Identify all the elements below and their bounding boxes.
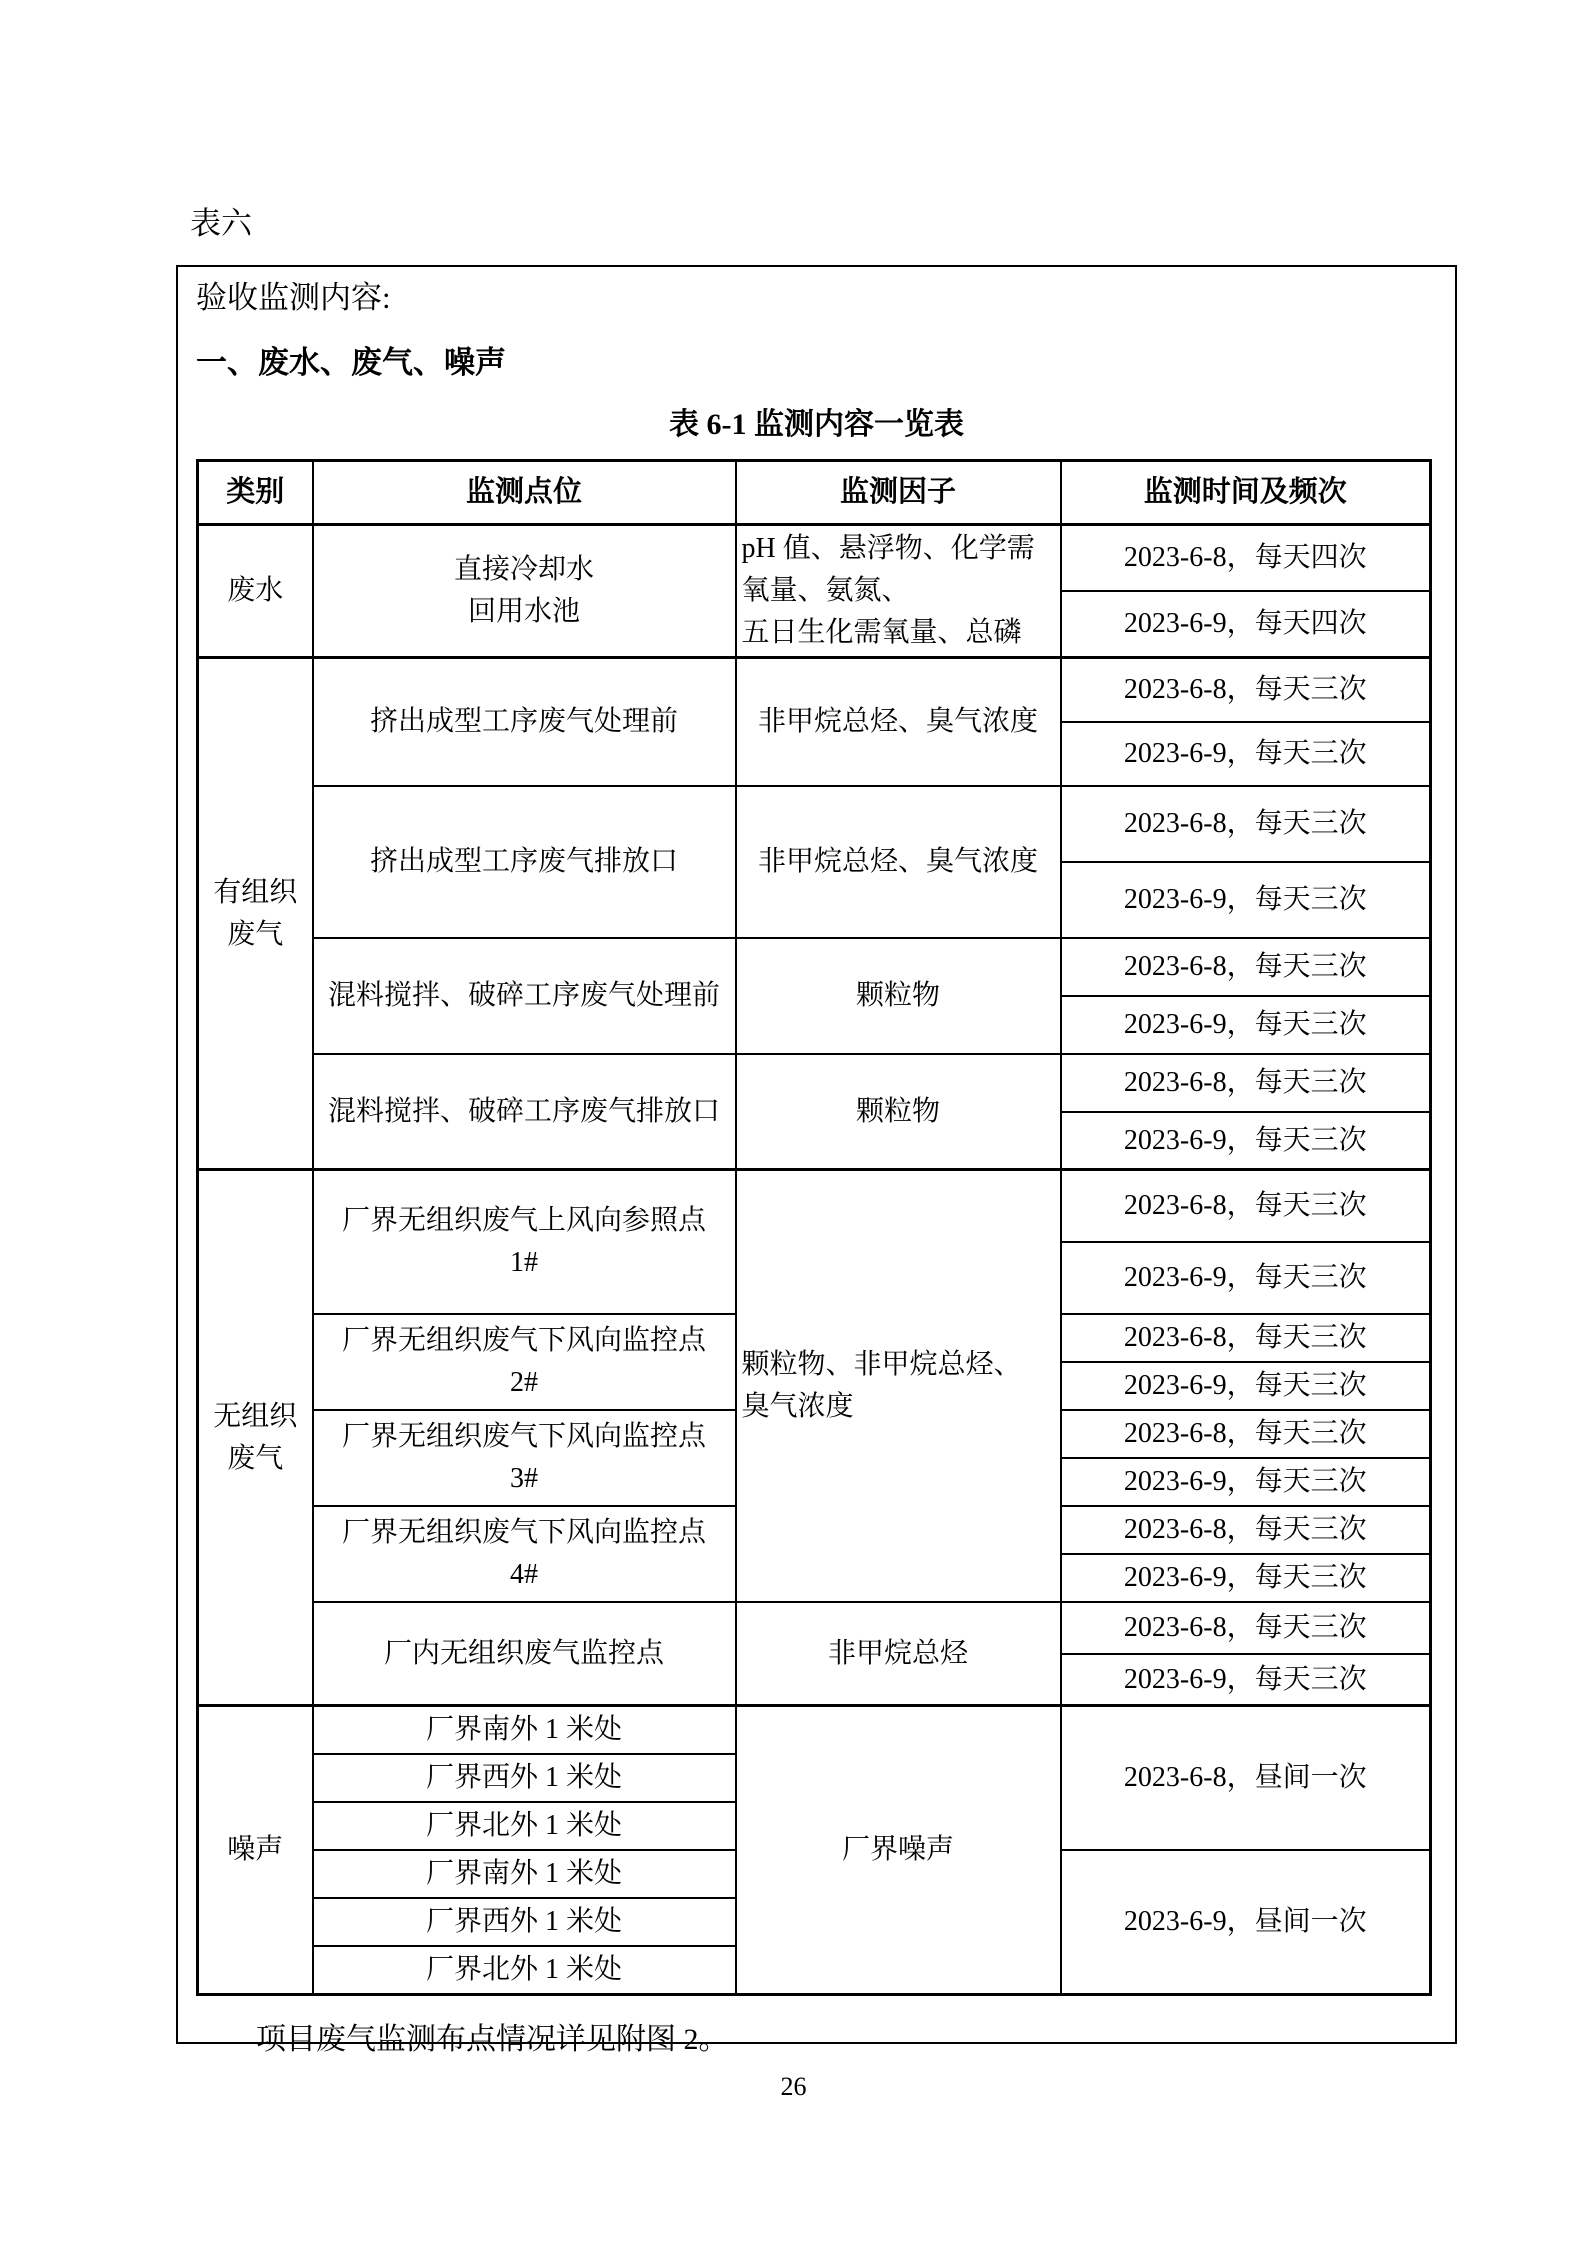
- table-cell: 2023-6-9，昼间一次: [1061, 1850, 1431, 1995]
- table-cell: 2023-6-8，每天三次: [1061, 1170, 1431, 1242]
- table-cell: 直接冷却水 回用水池: [313, 525, 736, 658]
- table-cell: 2023-6-8，每天三次: [1061, 786, 1431, 862]
- table-cell: 颗粒物、非甲烷总烃、 臭气浓度: [736, 1170, 1061, 1602]
- table-cell: 非甲烷总烃、臭气浓度: [736, 658, 1061, 786]
- table-header-cell: 监测点位: [313, 461, 736, 525]
- table-cell: 厂界无组织废气上风向参照点 1#: [313, 1170, 736, 1314]
- box-subheading: 一、废水、废气、噪声: [196, 344, 1455, 381]
- table-cell: 非甲烷总烃: [736, 1602, 1061, 1706]
- table-cell: 2023-6-8，每天三次: [1061, 1602, 1431, 1654]
- table-cell: 2023-6-8，每天三次: [1061, 938, 1431, 996]
- table-cell: 混料搅拌、破碎工序废气排放口: [313, 1054, 736, 1170]
- footnote: 项目废气监测布点情况详见附图 2。: [256, 2020, 1455, 2059]
- table-cell: 2023-6-8，昼间一次: [1061, 1706, 1431, 1851]
- table-cell: 2023-6-8，每天三次: [1061, 1314, 1431, 1362]
- table-row: 废水直接冷却水 回用水池pH 值、悬浮物、化学需 氧量、氨氮、 五日生化需氧量、…: [198, 525, 1431, 592]
- table-header-cell: 监测因子: [736, 461, 1061, 525]
- table-cell: 厂界南外 1 米处: [313, 1850, 736, 1898]
- table-cell: 2023-6-9，每天四次: [1061, 591, 1431, 658]
- table-cell: 噪声: [198, 1706, 313, 1995]
- table-cell: 挤出成型工序废气处理前: [313, 658, 736, 786]
- table-header-row: 类别监测点位监测因子监测时间及频次: [198, 461, 1431, 525]
- table-row: 混料搅拌、破碎工序废气处理前颗粒物2023-6-8，每天三次: [198, 938, 1431, 996]
- table-cell: 混料搅拌、破碎工序废气处理前: [313, 938, 736, 1054]
- table-cell: 厂界无组织废气下风向监控点 3#: [313, 1410, 736, 1506]
- table-row: 厂内无组织废气监控点非甲烷总烃2023-6-8，每天三次: [198, 1602, 1431, 1654]
- page-number: 26: [0, 2072, 1587, 2102]
- table-cell: 有组织 废气: [198, 658, 313, 1170]
- table-title: 表 6-1 监测内容一览表: [178, 407, 1455, 443]
- table-cell: 厂界无组织废气下风向监控点 4#: [313, 1506, 736, 1602]
- table-row: 混料搅拌、破碎工序废气排放口颗粒物2023-6-8，每天三次: [198, 1054, 1431, 1112]
- table-cell: 废水: [198, 525, 313, 658]
- table-cell: 厂界北外 1 米处: [313, 1946, 736, 1995]
- table-cell: 挤出成型工序废气排放口: [313, 786, 736, 938]
- table-cell: 非甲烷总烃、臭气浓度: [736, 786, 1061, 938]
- table-cell: 2023-6-8，每天三次: [1061, 1054, 1431, 1112]
- table-header-cell: 类别: [198, 461, 313, 525]
- table-cell: 2023-6-9，每天三次: [1061, 1458, 1431, 1506]
- table-cell: 2023-6-9，每天三次: [1061, 862, 1431, 938]
- table-cell: 2023-6-9，每天三次: [1061, 996, 1431, 1054]
- table-cell: 厂界南外 1 米处: [313, 1706, 736, 1755]
- table-cell: 2023-6-8，每天三次: [1061, 658, 1431, 722]
- table-cell: 厂内无组织废气监控点: [313, 1602, 736, 1706]
- table-cell: pH 值、悬浮物、化学需 氧量、氨氮、 五日生化需氧量、总磷: [736, 525, 1061, 658]
- table-cell: 厂界北外 1 米处: [313, 1802, 736, 1850]
- document-page: { "page": { "top_label": "表六", "page_num…: [0, 0, 1587, 2245]
- table-cell: 2023-6-8，每天四次: [1061, 525, 1431, 592]
- table-cell: 厂界西外 1 米处: [313, 1898, 736, 1946]
- box-heading: 验收监测内容:: [196, 279, 1455, 316]
- table-row: 有组织 废气挤出成型工序废气处理前非甲烷总烃、臭气浓度2023-6-8，每天三次: [198, 658, 1431, 722]
- table-cell: 厂界西外 1 米处: [313, 1754, 736, 1802]
- table-cell: 2023-6-9，每天三次: [1061, 1362, 1431, 1410]
- table-row: 挤出成型工序废气排放口非甲烷总烃、臭气浓度2023-6-8，每天三次: [198, 786, 1431, 862]
- table-cell: 2023-6-8，每天三次: [1061, 1506, 1431, 1554]
- table-row: 无组织 废气厂界无组织废气上风向参照点 1#颗粒物、非甲烷总烃、 臭气浓度202…: [198, 1170, 1431, 1242]
- table-cell: 2023-6-8，每天三次: [1061, 1410, 1431, 1458]
- monitoring-table: 类别监测点位监测因子监测时间及频次废水直接冷却水 回用水池pH 值、悬浮物、化学…: [196, 459, 1432, 1996]
- table-cell: 2023-6-9，每天三次: [1061, 722, 1431, 786]
- table-cell: 厂界噪声: [736, 1706, 1061, 1995]
- table-cell: 颗粒物: [736, 1054, 1061, 1170]
- table-cell: 2023-6-9，每天三次: [1061, 1242, 1431, 1314]
- content-box: 验收监测内容: 一、废水、废气、噪声 表 6-1 监测内容一览表 类别监测点位监…: [176, 265, 1457, 2044]
- table-cell: 2023-6-9，每天三次: [1061, 1554, 1431, 1602]
- table-cell: 颗粒物: [736, 938, 1061, 1054]
- table-cell: 无组织 废气: [198, 1170, 313, 1706]
- table-row: 噪声厂界南外 1 米处厂界噪声2023-6-8，昼间一次: [198, 1706, 1431, 1755]
- table-cell: 2023-6-9，每天三次: [1061, 1112, 1431, 1170]
- table-header-cell: 监测时间及频次: [1061, 461, 1431, 525]
- table-cell: 2023-6-9，每天三次: [1061, 1654, 1431, 1706]
- page-label: 表六: [190, 205, 252, 242]
- table-cell: 厂界无组织废气下风向监控点 2#: [313, 1314, 736, 1410]
